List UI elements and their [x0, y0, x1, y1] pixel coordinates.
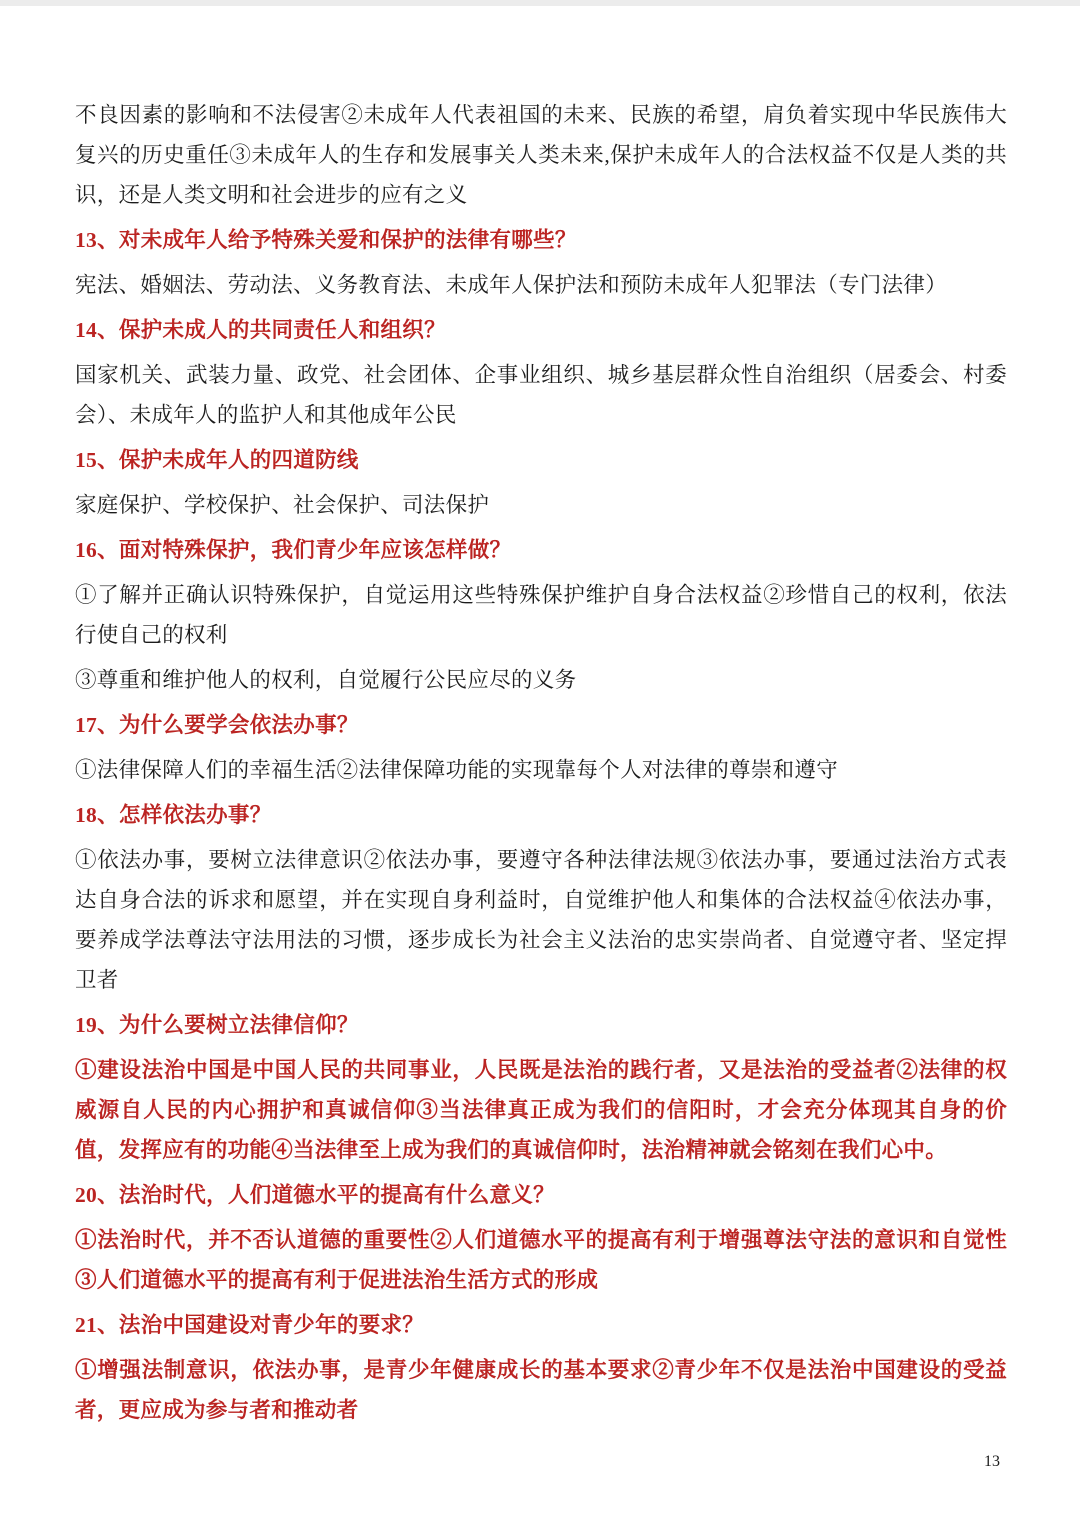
question-18-heading: 18、怎样依法办事？: [75, 795, 1007, 835]
question-19-heading: 19、为什么要树立法律信仰？: [75, 1005, 1007, 1045]
question-15-heading: 15、保护未成年人的四道防线: [75, 440, 1007, 480]
answer-13: 宪法、婚姻法、劳动法、义务教育法、未成年人保护法和预防未成年人犯罪法（专门法律）: [75, 265, 1007, 305]
question-17-heading: 17、为什么要学会依法办事？: [75, 705, 1007, 745]
answer-20: ①法治时代，并不否认道德的重要性②人们道德水平的提高有利于增强尊法守法的意识和自…: [75, 1220, 1007, 1300]
document-page: 不良因素的影响和不法侵害②未成年人代表祖国的未来、民族的希望，肩负着实现中华民族…: [0, 0, 1080, 1529]
question-21-heading: 21、法治中国建设对青少年的要求？: [75, 1305, 1007, 1345]
intro-paragraph: 不良因素的影响和不法侵害②未成年人代表祖国的未来、民族的希望，肩负着实现中华民族…: [75, 95, 1007, 215]
page-top-edge: [0, 0, 1080, 6]
answer-16-part-1: ①了解并正确认识特殊保护，自觉运用这些特殊保护维护自身合法权益②珍惜自己的权利，…: [75, 575, 1007, 655]
page-number: 13: [984, 1453, 1000, 1471]
answer-21: ①增强法制意识，依法办事，是青少年健康成长的基本要求②青少年不仅是法治中国建设的…: [75, 1350, 1007, 1430]
question-14-heading: 14、保护未成人的共同责任人和组织？: [75, 310, 1007, 350]
answer-16-part-2: ③尊重和维护他人的权利，自觉履行公民应尽的义务: [75, 660, 1007, 700]
answer-18: ①依法办事，要树立法律意识②依法办事，要遵守各种法律法规③依法办事，要通过法治方…: [75, 840, 1007, 1000]
answer-15: 家庭保护、学校保护、社会保护、司法保护: [75, 485, 1007, 525]
question-20-heading: 20、法治时代，人们道德水平的提高有什么意义？: [75, 1175, 1007, 1215]
document-content: 不良因素的影响和不法侵害②未成年人代表祖国的未来、民族的希望，肩负着实现中华民族…: [75, 95, 1007, 1435]
question-16-heading: 16、面对特殊保护，我们青少年应该怎样做？: [75, 530, 1007, 570]
answer-14: 国家机关、武装力量、政党、社会团体、企事业组织、城乡基层群众性自治组织（居委会、…: [75, 355, 1007, 435]
answer-19: ①建设法治中国是中国人民的共同事业，人民既是法治的践行者，又是法治的受益者②法律…: [75, 1050, 1007, 1170]
question-13-heading: 13、对未成年人给予特殊关爱和保护的法律有哪些？: [75, 220, 1007, 260]
answer-17: ①法律保障人们的幸福生活②法律保障功能的实现靠每个人对法律的尊崇和遵守: [75, 750, 1007, 790]
